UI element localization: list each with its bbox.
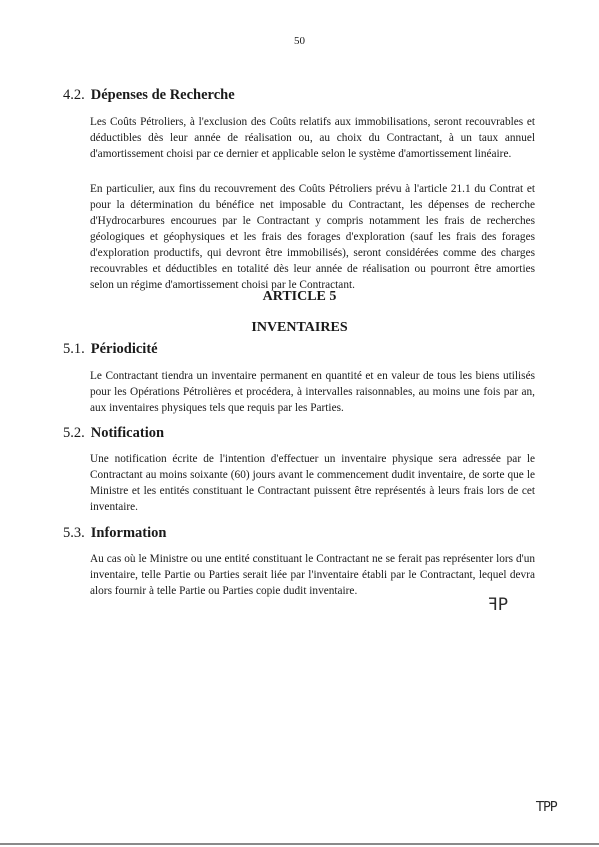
paragraph-5-2: Une notification écrite de l'intention d… bbox=[90, 451, 535, 515]
section-title: Dépenses de Recherche bbox=[91, 87, 235, 103]
page-bottom-edge bbox=[0, 843, 599, 845]
paragraph-4-2-1: Les Coûts Pétroliers, à l'exclusion des … bbox=[90, 114, 535, 162]
page-number: 50 bbox=[0, 35, 599, 47]
section-heading-5-2: 5.2.Notification bbox=[63, 425, 164, 442]
section-title: Périodicité bbox=[91, 341, 158, 357]
section-number: 5.2. bbox=[63, 425, 85, 441]
section-title: Notification bbox=[91, 425, 164, 441]
paragraph-5-3: Au cas où le Ministre ou une entité cons… bbox=[90, 551, 535, 599]
section-number: 5.3. bbox=[63, 525, 85, 541]
article-title: INVENTAIRES bbox=[0, 320, 599, 336]
section-heading-5-1: 5.1.Périodicité bbox=[63, 341, 158, 358]
section-title: Information bbox=[91, 525, 167, 541]
handwritten-initials-bottom: TPP bbox=[536, 800, 557, 815]
paragraph-5-1: Le Contractant tiendra un inventaire per… bbox=[90, 368, 535, 416]
section-number: 4.2. bbox=[63, 87, 85, 103]
article-label: ARTICLE 5 bbox=[0, 289, 599, 305]
section-heading-5-3: 5.3.Information bbox=[63, 525, 166, 542]
section-number: 5.1. bbox=[63, 341, 85, 357]
section-heading-4-2: 4.2.Dépenses de Recherche bbox=[63, 87, 235, 104]
paragraph-4-2-2: En particulier, aux fins du recouvrement… bbox=[90, 181, 535, 293]
handwritten-initials-mid: ꟻP bbox=[488, 595, 508, 615]
